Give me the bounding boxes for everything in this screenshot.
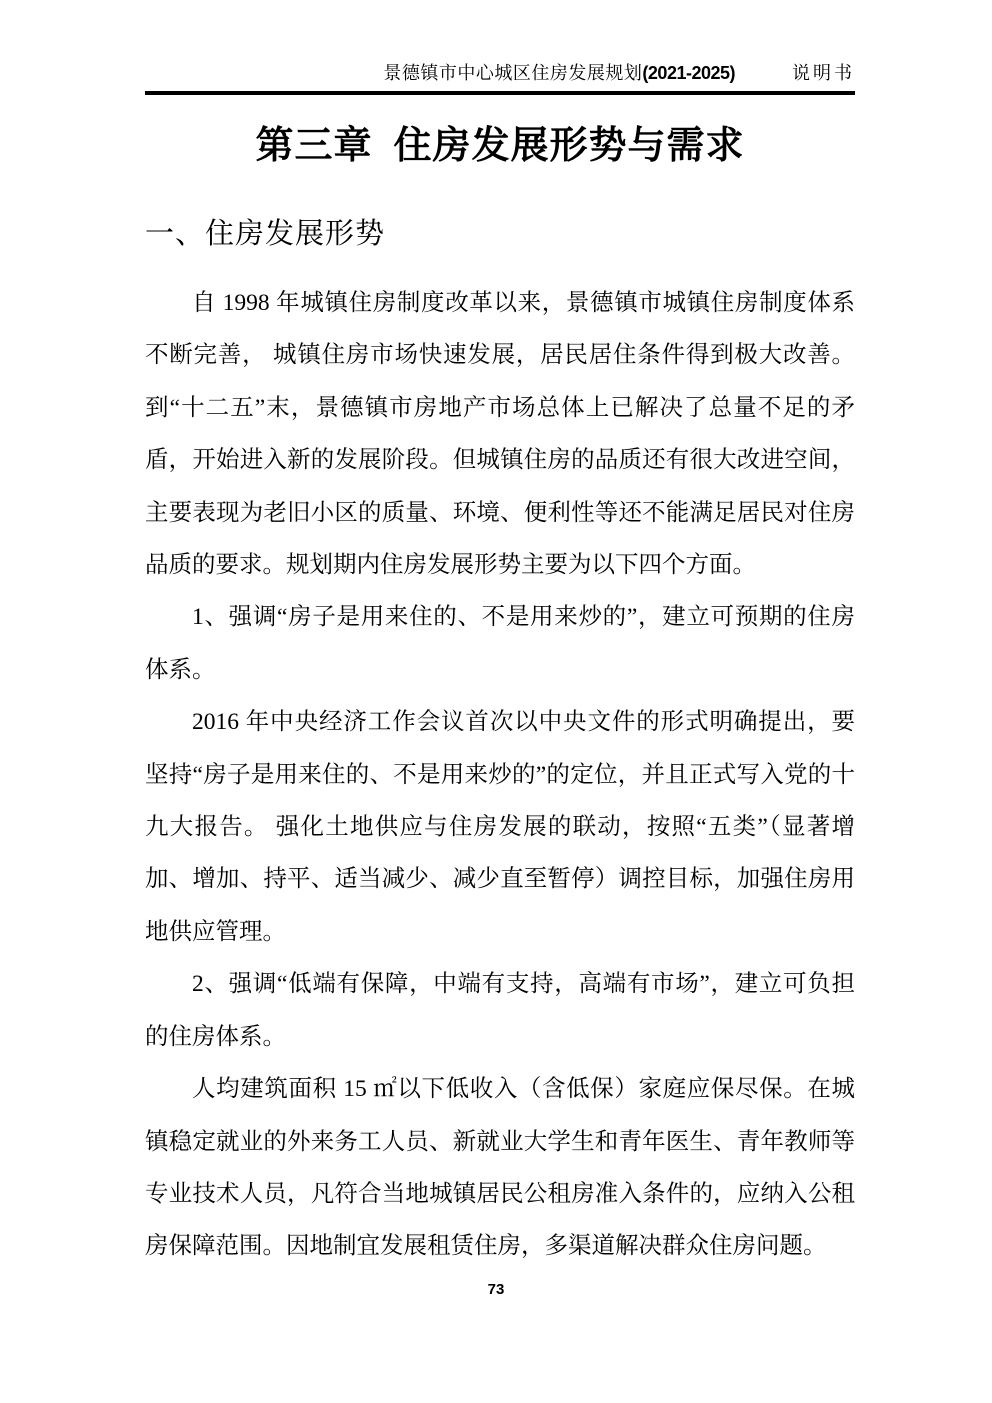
header-doc-type: 说明书 <box>792 62 855 84</box>
page-number: 73 <box>0 1281 992 1299</box>
body-paragraph: 人均建筑面积 15 ㎡以下低收入（含低保）家庭应保尽保。在城镇稳定就业的外来务工… <box>145 1063 855 1273</box>
body-paragraph: 自 1998 年城镇住房制度改革以来，景德镇市城镇住房制度体系不断完善， 城镇住… <box>145 277 855 591</box>
header-doc-title-years: (2021-2025) <box>642 63 735 83</box>
section-heading: 一、住房发展形势 <box>145 217 855 251</box>
header-doc-title-text: 景德镇市中心城区住房发展规划 <box>383 63 642 83</box>
page-header: 景德镇市中心城区住房发展规划(2021-2025) 说明书 <box>145 0 855 95</box>
chapter-title: 第三章 住房发展形势与需求 <box>145 121 855 171</box>
body-paragraph: 2016 年中央经济工作会议首次以中央文件的形式明确提出，要坚持“房子是用来住的… <box>145 696 855 958</box>
body-text: 自 1998 年城镇住房制度改革以来，景德镇市城镇住房制度体系不断完善， 城镇住… <box>145 277 855 1273</box>
document-page: 景德镇市中心城区住房发展规划(2021-2025) 说明书 第三章 住房发展形势… <box>0 0 992 1403</box>
body-paragraph: 2、强调“低端有保障，中端有支持，高端有市场”，建立可负担的住房体系。 <box>145 958 855 1063</box>
body-paragraph: 1、强调“房子是用来住的、不是用来炒的”，建立可预期的住房体系。 <box>145 591 855 696</box>
header-doc-title: 景德镇市中心城区住房发展规划(2021-2025) <box>383 62 735 84</box>
